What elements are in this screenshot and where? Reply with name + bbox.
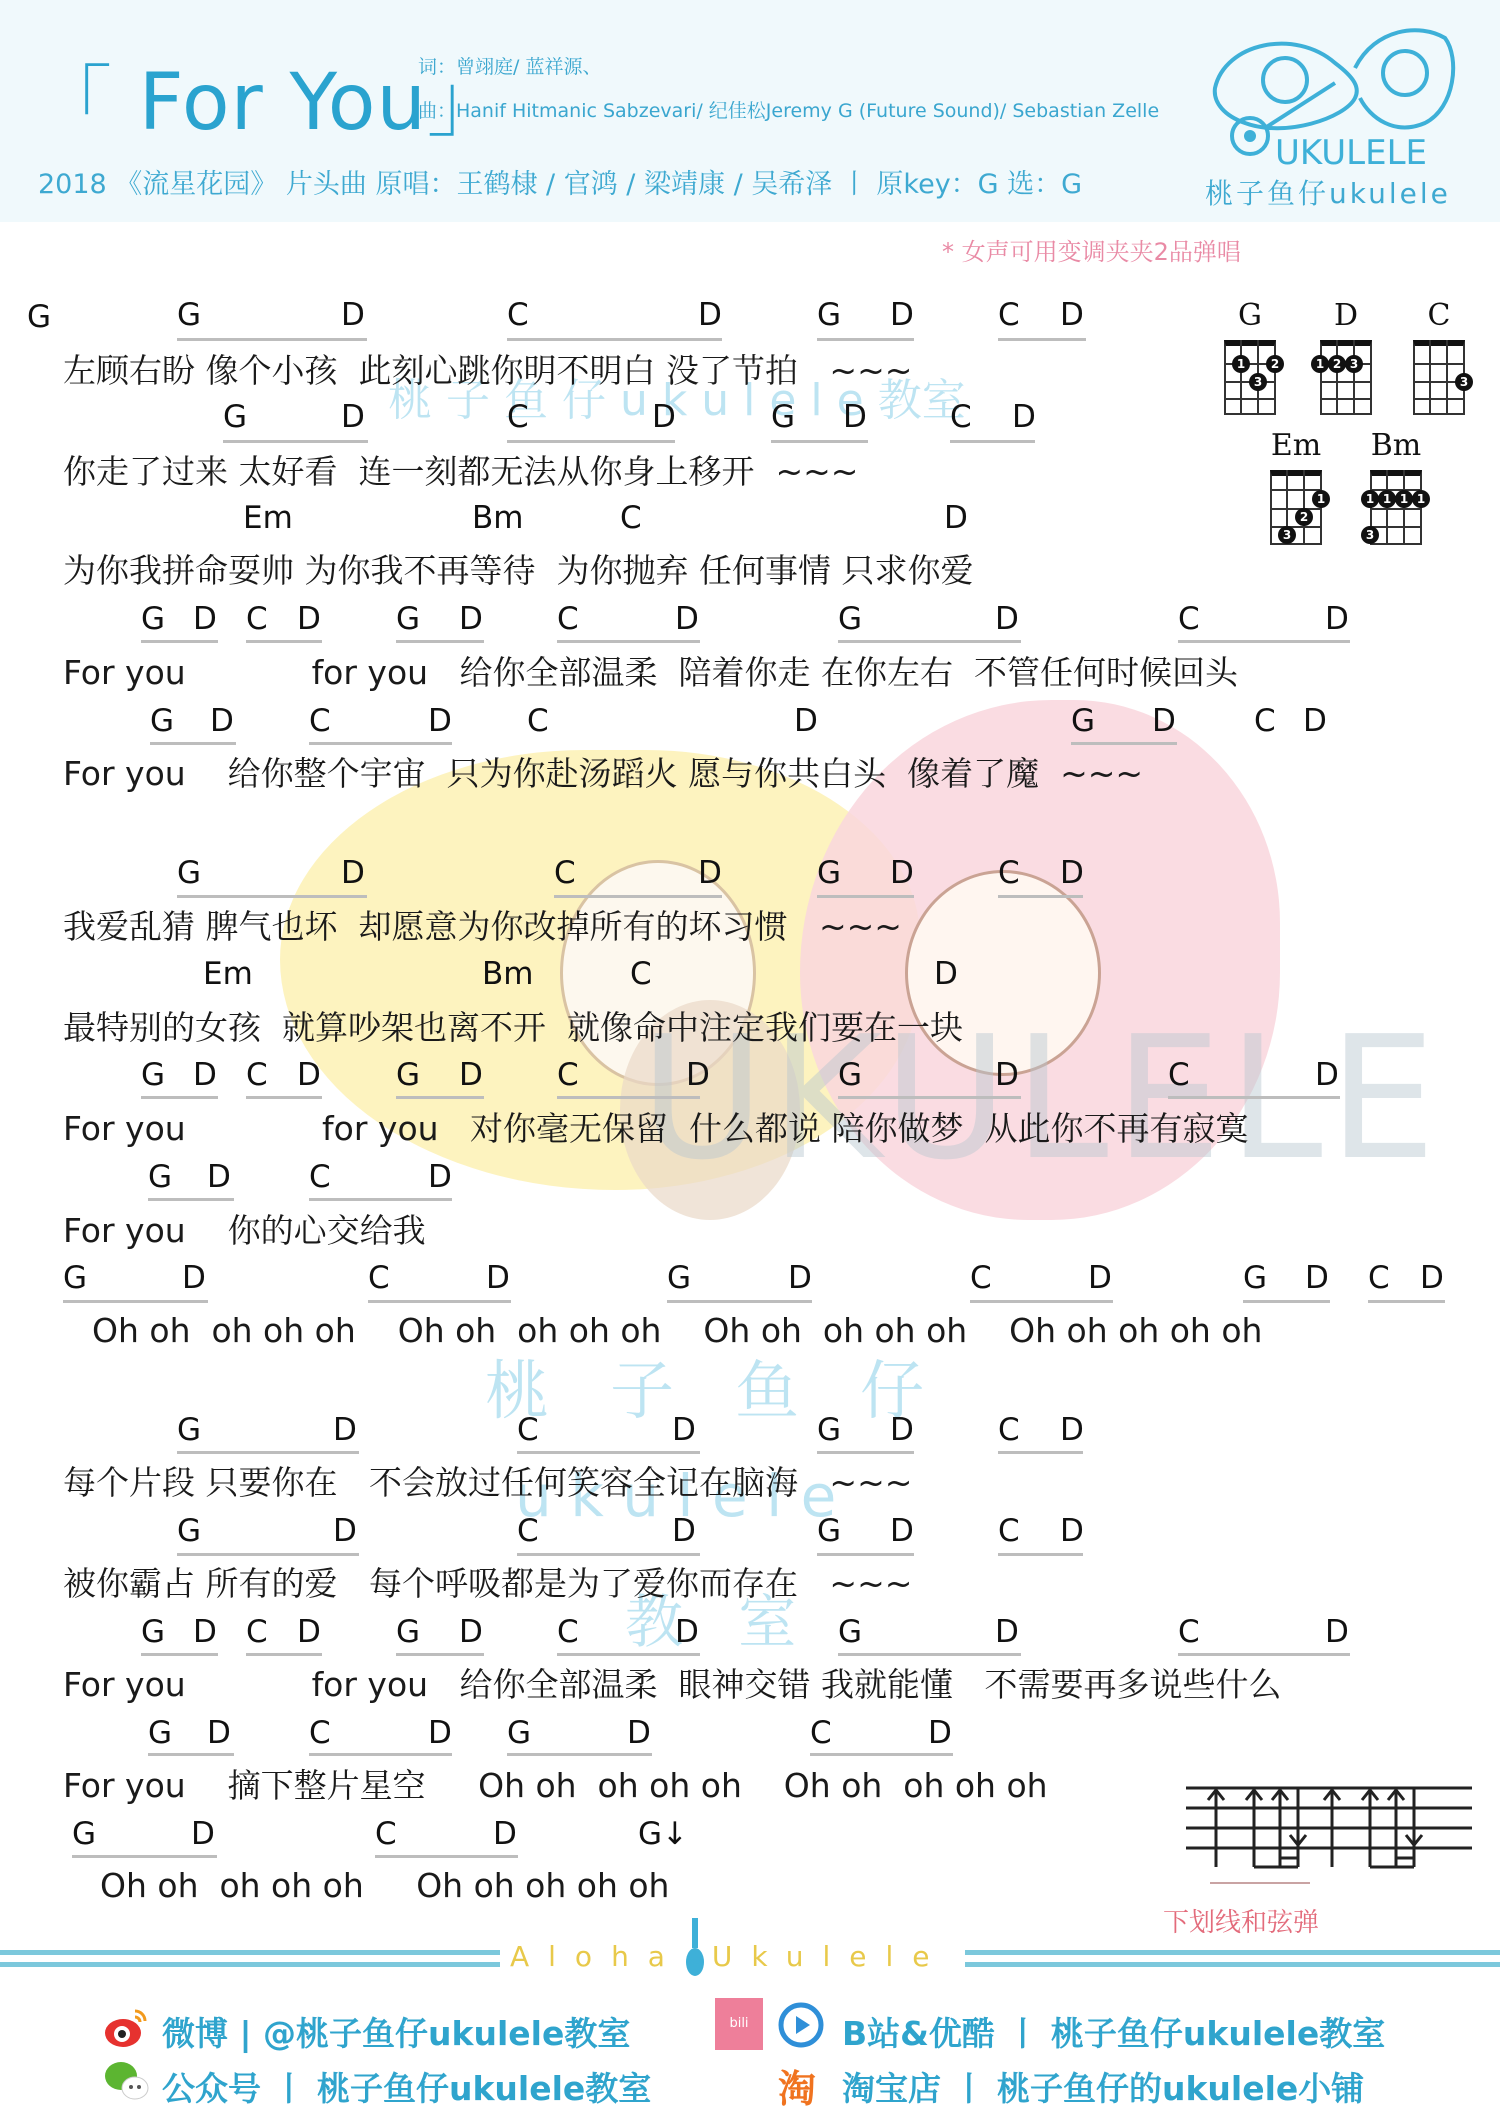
watermark-line2: 桃 子 鱼 仔 [485, 1340, 924, 1432]
chord: D [428, 1718, 452, 1749]
chord: D [207, 1162, 231, 1193]
chord: D [1060, 858, 1084, 889]
chord: C [998, 858, 1020, 889]
chord: G [771, 402, 795, 433]
chord: D [341, 300, 365, 331]
footer-divider [965, 1950, 1500, 1955]
weibo-label: 微博 | @桃子鱼仔ukulele教室 [162, 2008, 630, 2055]
chord: D [193, 1060, 217, 1091]
chord: Em [243, 503, 293, 534]
chord: C [246, 1060, 268, 1091]
chord: G [63, 1263, 87, 1294]
chord: G [838, 1060, 862, 1091]
chord: D [1060, 300, 1084, 331]
footer-divider [0, 1950, 500, 1955]
chord: D [428, 1162, 452, 1193]
chord: G [1071, 706, 1095, 737]
strum-underline [507, 440, 675, 443]
wechat-icon [103, 2058, 151, 2104]
strum-underline [72, 1855, 217, 1858]
chord: G [72, 1819, 96, 1850]
chord: D [890, 1516, 914, 1547]
lyric-text: 为你我拼命耍帅 为你我不再等待 为你抛弃 任何事情 只求你爱 [63, 554, 973, 587]
strum-underline [141, 640, 218, 643]
chord: G [817, 858, 841, 889]
chord: G [396, 604, 420, 635]
chord: C [998, 300, 1020, 331]
chord: D [333, 1415, 357, 1446]
lyric-text: 最特别的女孩 就算吵架也离不开 就像命中注定我们要在一块 [63, 1011, 963, 1044]
chord: G [141, 604, 165, 635]
strum-underline [63, 1300, 208, 1303]
chord: D [459, 604, 483, 635]
chord: C [557, 1060, 579, 1091]
chord: Em [203, 959, 253, 990]
strum-underline [177, 1451, 359, 1454]
chord: G [817, 300, 841, 331]
chord: D [297, 604, 321, 635]
chord: C [246, 604, 268, 635]
chord: D [934, 959, 958, 990]
strum-underline [177, 895, 367, 898]
footer-divider [965, 1962, 1500, 1967]
chord-diagram-c: C 3 [1413, 340, 1465, 415]
strum-underline [246, 1096, 322, 1099]
lyric-text: Oh oh oh oh oh Oh oh oh oh oh Oh oh oh o… [92, 1314, 1262, 1347]
chord: D [1420, 1263, 1444, 1294]
chord: D [1152, 706, 1176, 737]
chord: D [1325, 604, 1349, 635]
strum-underline [309, 1753, 452, 1756]
strum-underline [950, 440, 1035, 443]
ukulele-logo-icon: UKULELE [1205, 18, 1465, 168]
chord: C [1368, 1263, 1390, 1294]
chord: G [667, 1263, 691, 1294]
taobao-icon: 淘 [778, 2058, 816, 2113]
lyric-text: For you for you 对你毫无保留 什么都说 陪你做梦 从此你不再有寂… [63, 1112, 1248, 1145]
strum-underline [396, 1653, 484, 1656]
chord: G [1243, 1263, 1267, 1294]
svg-text:UKULELE: UKULELE [1275, 133, 1427, 168]
strum-underline [810, 1753, 953, 1756]
strum-underline [309, 742, 452, 745]
chord: D [675, 1617, 699, 1648]
chord: D [675, 604, 699, 635]
chord: C [507, 300, 529, 331]
lyric-text: For you for you 给你全部温柔 眼神交错 我就能懂 不需要再多说些… [63, 1668, 1281, 1701]
strum-underline [1071, 742, 1177, 745]
chord: C [246, 1617, 268, 1648]
chord: C [557, 604, 579, 635]
strum-underline [998, 895, 1083, 898]
chord: G [817, 1516, 841, 1547]
strum-underline [1168, 1096, 1340, 1099]
chord: C [554, 858, 576, 889]
strum-underline [507, 1753, 652, 1756]
strum-underline [557, 640, 700, 643]
chord: D [341, 858, 365, 889]
taobao-label: 淘宝店 丨 桃子鱼仔的ukulele小铺 [842, 2063, 1364, 2110]
chord: D [210, 706, 234, 737]
chord: G [223, 402, 247, 433]
strum-underline [771, 440, 868, 443]
strum-underline [150, 742, 236, 745]
chord: D [995, 1617, 1019, 1648]
wechat-label: 公众号 丨 桃子鱼仔ukulele教室 [162, 2063, 651, 2110]
chord: D [341, 402, 365, 433]
chord: G [141, 1060, 165, 1091]
chord: C [557, 1617, 579, 1648]
aloha-banner: Aloha Ukulele [510, 1940, 948, 1973]
chord: C [1178, 1617, 1200, 1648]
chord: D [843, 402, 867, 433]
strum-underline [148, 1198, 234, 1201]
chord-diagram-bm: Bm 1 1 1 1 3 [1370, 470, 1422, 545]
chord: D [1060, 1516, 1084, 1547]
youku-icon [778, 2002, 824, 2048]
chord: G [177, 1516, 201, 1547]
chord: D [652, 402, 676, 433]
chord: D [890, 300, 914, 331]
strum-underline [507, 338, 722, 341]
strum-underline [309, 1198, 452, 1201]
chord: D [191, 1819, 215, 1850]
lyric-text: 我爱乱猜 脾气也坏 却愿意为你改掉所有的坏习惯 ~~~ [63, 910, 902, 943]
strum-underline [838, 1096, 1021, 1099]
lyric-text: For you 摘下整片星空 Oh oh oh oh oh Oh oh oh o… [63, 1769, 1048, 1802]
chord: D [627, 1718, 651, 1749]
chord: G [148, 1162, 172, 1193]
strum-underline [817, 1553, 914, 1556]
chord: G [148, 1718, 172, 1749]
strum-underline [177, 1553, 359, 1556]
strum-pattern-icon [1180, 1780, 1480, 1890]
chord: C [810, 1718, 832, 1749]
chord: D [486, 1263, 510, 1294]
strum-underline [838, 1653, 1021, 1656]
strum-underline [998, 338, 1086, 341]
chord: C [517, 1415, 539, 1446]
chord: D [944, 503, 968, 534]
chord: D [1060, 1415, 1084, 1446]
chord-diagram-d: D 1 2 3 [1320, 340, 1372, 415]
chord: C [620, 503, 642, 534]
capo-note: * 女声可用变调夹夹2品弹唱 [942, 232, 1241, 267]
strum-underline [1368, 1300, 1445, 1303]
strum-underline [517, 1451, 700, 1454]
chord-diagram-g: G 1 2 3 [1224, 340, 1276, 415]
strum-underline [141, 1653, 218, 1656]
chord: Bm [482, 959, 533, 990]
chord: C [309, 1162, 331, 1193]
chord: C [630, 959, 652, 990]
chord: G [177, 858, 201, 889]
strum-underline [817, 895, 914, 898]
strum-underline [557, 1096, 700, 1099]
chord: G [150, 706, 174, 737]
chord: D [698, 858, 722, 889]
strum-underline [817, 338, 914, 341]
chord: G↓ [638, 1819, 688, 1850]
chord: C [375, 1819, 397, 1850]
chord: C [998, 1516, 1020, 1547]
strum-underline [148, 1753, 234, 1756]
chord: D [193, 1617, 217, 1648]
chord: D [890, 1415, 914, 1446]
strum-underline [970, 1300, 1113, 1303]
chord: D [182, 1263, 206, 1294]
chord: D [1315, 1060, 1339, 1091]
chord: D [193, 604, 217, 635]
chord: G [396, 1617, 420, 1648]
chord: D [459, 1617, 483, 1648]
ukulele-icon [684, 1918, 706, 1978]
chord: C [517, 1516, 539, 1547]
chord: G [838, 604, 862, 635]
chord: C [998, 1415, 1020, 1446]
bilibili-icon: bili [715, 1998, 763, 2050]
chord: D [207, 1718, 231, 1749]
chord: D [1303, 706, 1327, 737]
chord: G [177, 1415, 201, 1446]
chord: D [333, 1516, 357, 1547]
bilibili-youku-label: B站&优酷 丨 桃子鱼仔ukulele教室 [842, 2008, 1385, 2055]
chord: D [788, 1263, 812, 1294]
chord: D [1012, 402, 1036, 433]
strum-underline [396, 1096, 484, 1099]
weibo-icon [103, 2005, 149, 2051]
chord: C [309, 706, 331, 737]
strum-underline [223, 440, 368, 443]
strum-underline [1243, 1300, 1330, 1303]
chord: C [527, 706, 549, 737]
chord: D [297, 1060, 321, 1091]
lyric-text: 每个片段 只要你在 不会放过任何笑容全记在脑海 ~~~ [63, 1466, 912, 1499]
lyric-text: For you 你的心交给我 [63, 1214, 426, 1247]
chord: C [1254, 706, 1276, 737]
chord: D [890, 858, 914, 889]
chord: C [970, 1263, 992, 1294]
strum-underline [557, 1653, 700, 1656]
chord: D [995, 1060, 1019, 1091]
chord: D [672, 1516, 696, 1547]
chord: G [817, 1415, 841, 1446]
chord-diagram-em: Em 1 2 3 [1270, 470, 1322, 545]
chord: C [950, 402, 972, 433]
strum-underline [817, 1451, 914, 1454]
chord: G [27, 302, 51, 333]
chord: C [1168, 1060, 1190, 1091]
strum-underline [1178, 1653, 1350, 1656]
chord: D [1305, 1263, 1329, 1294]
lyric-text: For you 给你整个宇宙 只为你赴汤蹈火 愿与你共白头 像着了魔 ~~~ [63, 757, 1143, 790]
chord: D [1325, 1617, 1349, 1648]
chord: D [493, 1819, 517, 1850]
strum-underline [368, 1300, 511, 1303]
chord: G [838, 1617, 862, 1648]
song-subtitle: 2018 《流星花园》 片头曲 原唱：王鹤棣 / 官鸿 / 梁靖康 / 吴希泽 … [38, 162, 1082, 201]
strum-underline [998, 1553, 1083, 1556]
chord: C [309, 1718, 331, 1749]
lyric-text: For you for you 给你全部温柔 陪着你走 在你左右 不管任何时候回… [63, 656, 1238, 689]
chord: G [141, 1617, 165, 1648]
lyric-text: 被你霸占 所有的爱 每个呼吸都是为了爱你而存在 ~~~ [63, 1567, 912, 1600]
strum-underline [375, 1855, 518, 1858]
lyric-text: Oh oh oh oh oh Oh oh oh oh oh [100, 1869, 669, 1902]
strum-underline [246, 640, 322, 643]
chord: D [1088, 1263, 1112, 1294]
chord: D [459, 1060, 483, 1091]
strum-underline [141, 1096, 218, 1099]
strum-underline [177, 338, 367, 341]
logo-text: 桃子鱼仔ukulele [1205, 172, 1451, 212]
strum-underline [838, 640, 1021, 643]
chord: D [995, 604, 1019, 635]
strum-underline [998, 1451, 1083, 1454]
chord: C [1178, 604, 1200, 635]
chord: G [177, 300, 201, 331]
chord: D [297, 1617, 321, 1648]
chord: C [368, 1263, 390, 1294]
chord: G [396, 1060, 420, 1091]
chord: D [698, 300, 722, 331]
lyric-text: 左顾右盼 像个小孩 此刻心跳你明不明白 没了节拍 ~~~ [63, 354, 912, 387]
strum-underline [667, 1300, 812, 1303]
lyric-text: 你走了过来 太好看 连一刻都无法从你身上移开 ~~~ [63, 455, 858, 488]
chord: C [507, 402, 529, 433]
chord: Bm [472, 503, 523, 534]
strum-caption: 下划线和弦弹 [1163, 1902, 1319, 1939]
strum-underline [246, 1653, 322, 1656]
strum-underline [396, 640, 484, 643]
footer-divider [0, 1962, 500, 1967]
composer-credit: 曲：Hanif Hitmanic Sabzevari/ 纪佳松Jeremy G … [418, 96, 1159, 123]
strum-underline [554, 895, 722, 898]
lyricist-credit: 词：曾翊庭/ 蓝祥源、 [418, 52, 601, 79]
chord: D [672, 1415, 696, 1446]
strum-underline [1178, 640, 1350, 643]
chord: D [928, 1718, 952, 1749]
chord: D [686, 1060, 710, 1091]
chord: D [428, 706, 452, 737]
chord: D [794, 706, 818, 737]
strum-underline [517, 1553, 700, 1556]
chord: G [507, 1718, 531, 1749]
